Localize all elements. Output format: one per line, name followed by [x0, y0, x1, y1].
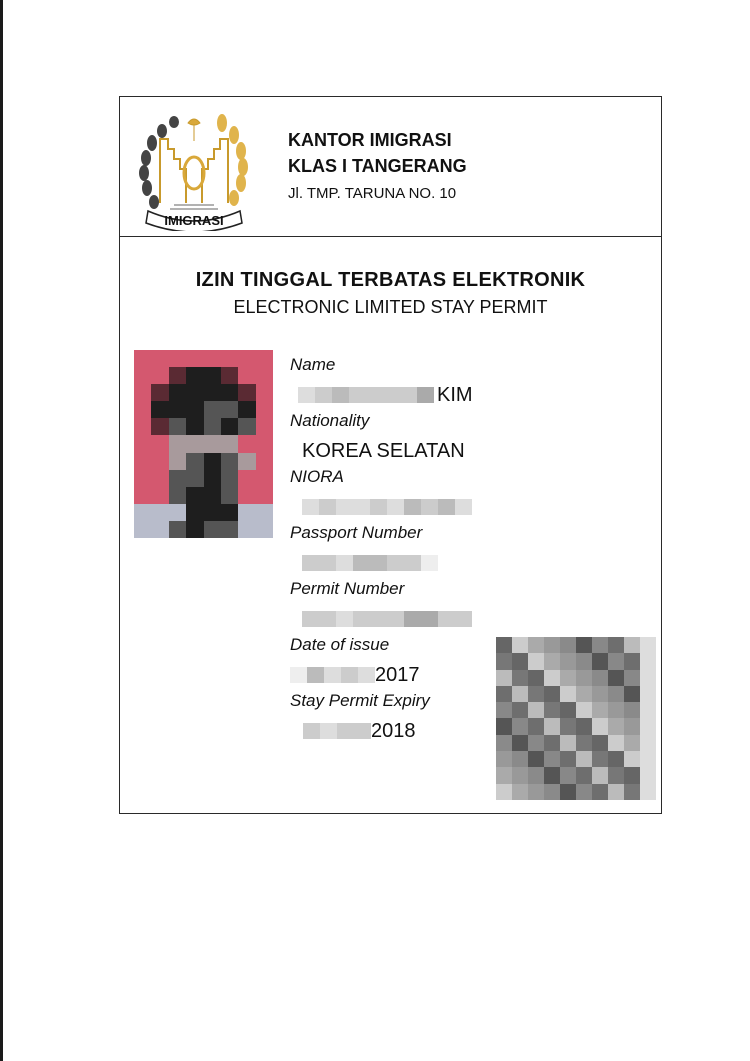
passport-label: Passport Number	[290, 521, 490, 549]
office-info: KANTOR IMIGRASI KLAS I TANGERANG Jl. TMP…	[288, 127, 467, 207]
redacted-block	[302, 555, 438, 571]
expiry-label: Stay Permit Expiry	[290, 689, 490, 717]
qr-code-pixelated	[496, 637, 656, 800]
office-address: Jl. TMP. TARUNA NO. 10	[288, 181, 467, 207]
document-title-id: IZIN TINGGAL TERBATAS ELEKTRONIK	[120, 269, 661, 292]
nationality-label: Nationality	[290, 409, 490, 437]
document-title-en: ELECTRONIC LIMITED STAY PERMIT	[120, 297, 661, 318]
holder-photo-pixelated	[134, 350, 273, 538]
office-name-line2: KLAS I TANGERANG	[288, 153, 467, 179]
expiry-value: 2018	[290, 717, 490, 745]
redacted-block	[290, 667, 375, 683]
office-name-line1: KANTOR IMIGRASI	[288, 127, 467, 153]
issue-date-value: 2017	[290, 661, 490, 689]
passport-value-redacted	[290, 549, 490, 577]
permit-value-redacted	[290, 605, 490, 633]
issue-date-label: Date of issue	[290, 633, 490, 661]
scan-edge	[0, 0, 3, 1061]
redacted-block	[302, 611, 472, 627]
name-value: KIM	[290, 381, 490, 409]
redacted-block	[303, 723, 371, 739]
permit-card: IMIGRASI KANTOR IMIGRASI KLAS I TANGERAN…	[119, 96, 662, 814]
nationality-value: KOREA SELATAN	[290, 437, 490, 465]
redacted-block	[302, 499, 472, 515]
svg-text:IMIGRASI: IMIGRASI	[164, 213, 223, 228]
immigration-emblem-icon: IMIGRASI	[130, 103, 258, 231]
niora-label: NIORA	[290, 465, 490, 493]
niora-value-redacted	[290, 493, 490, 521]
card-header: IMIGRASI KANTOR IMIGRASI KLAS I TANGERAN…	[120, 97, 661, 237]
permit-fields: Name KIM Nationality KOREA SELATAN NIORA…	[290, 353, 490, 745]
redacted-block	[298, 387, 434, 403]
permit-label: Permit Number	[290, 577, 490, 605]
name-label: Name	[290, 353, 490, 381]
